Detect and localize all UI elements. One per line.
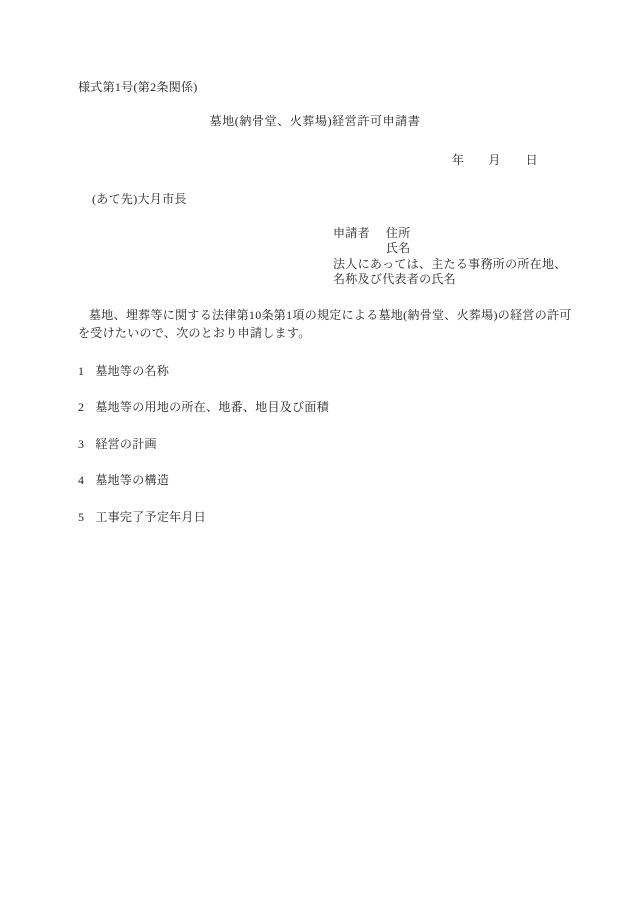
form-number: 様式第1号(第2条関係) [78,80,198,95]
list-item-5: 5工事完了予定年月日 [78,510,206,525]
item-number: 1 [78,364,84,379]
item-number: 4 [78,473,84,488]
name-label: 氏名 [386,241,411,256]
body-line-1: 墓地、埋葬等に関する法律第10条第1項の規定による墓地(納骨堂、火葬場)の経営の… [78,307,565,325]
document-title: 墓地(納骨堂、火葬場)経営許可申請書 [0,114,630,129]
list-item-4: 4墓地等の構造 [78,473,169,488]
item-number: 3 [78,437,84,452]
list-item-3: 3経営の計画 [78,437,157,452]
item-label: 墓地等の名称 [95,364,169,378]
item-number: 5 [78,510,84,525]
addressee: (あて先)大月市長 [92,192,187,207]
year-label: 年 [452,153,464,167]
item-label: 経営の計画 [95,437,157,451]
list-item-2: 2墓地等の用地の所在、地番、地目及び面積 [78,400,329,415]
item-label: 工事完了予定年月日 [95,510,206,524]
month-label: 月 [488,153,500,167]
body-paragraph: 墓地、埋葬等に関する法律第10条第1項の規定による墓地(納骨堂、火葬場)の経営の… [78,307,565,342]
date-line: 年月日 [452,153,538,168]
day-label: 日 [526,153,538,167]
applicant-label: 申請者 [333,226,370,240]
item-label: 墓地等の用地の所在、地番、地目及び面積 [95,400,329,414]
address-label: 住所 [386,226,411,240]
body-line-2: を受けたいので、次のとおり申請します。 [78,325,565,343]
corporate-note-line1: 法人にあっては、主たる事務所の所在地、 [333,257,567,272]
item-label: 墓地等の構造 [95,473,169,487]
corporate-note-line2: 名称及び代表者の氏名 [333,272,456,287]
item-number: 2 [78,400,84,415]
list-item-1: 1墓地等の名称 [78,364,169,379]
document-page: 様式第1号(第2条関係) 墓地(納骨堂、火葬場)経営許可申請書 年月日 (あて先… [0,0,630,903]
applicant-row: 申請者住所 [333,226,411,241]
